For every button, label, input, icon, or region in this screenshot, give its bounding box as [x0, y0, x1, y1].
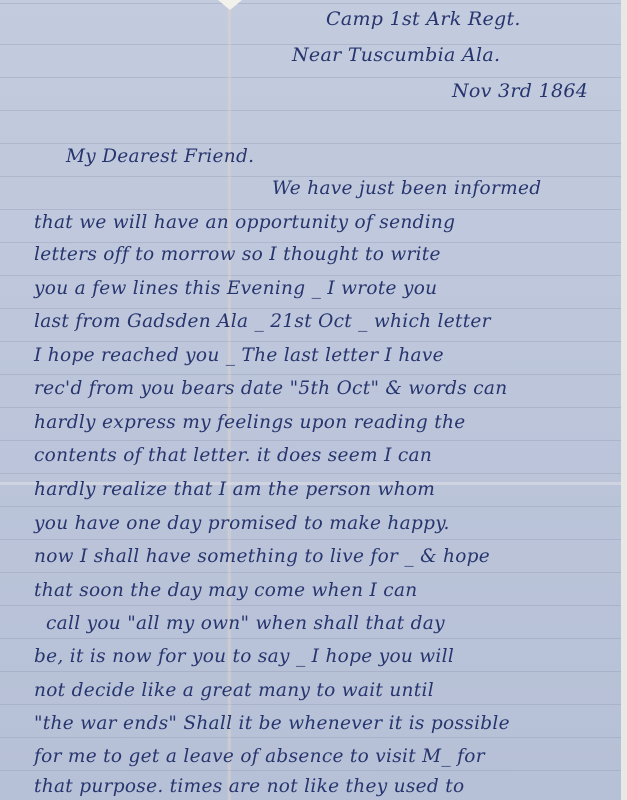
body-line: call you "all my own" when shall that da… [46, 613, 445, 634]
body-line: rec'd from you bears date "5th Oct" & wo… [34, 378, 507, 399]
heading-location: Near Tuscumbia Ala. [292, 44, 500, 66]
body-line: you have one day promised to make happy. [34, 513, 450, 534]
body-line: you a few lines this Evening _ I wrote y… [34, 278, 437, 299]
body-line: hardly express my feelings upon reading … [34, 412, 465, 433]
letter-page: Camp 1st Ark Regt. Near Tuscumbia Ala. N… [0, 0, 627, 800]
body-line: that we will have an opportunity of send… [34, 212, 455, 233]
body-line: for me to get a leave of absence to visi… [34, 746, 485, 767]
torn-notch [218, 0, 242, 10]
salutation: My Dearest Friend. [66, 146, 254, 167]
body-line: "the war ends" Shall it be whenever it i… [34, 713, 510, 734]
body-line: We have just been informed [272, 178, 541, 199]
body-line: not decide like a great many to wait unt… [34, 680, 434, 701]
body-line: now I shall have something to live for _… [34, 546, 490, 567]
body-line: letters off to morrow so I thought to wr… [34, 244, 441, 265]
body-line: last from Gadsden Ala _ 21st Oct _ which… [34, 311, 491, 332]
heading-camp: Camp 1st Ark Regt. [326, 8, 521, 30]
body-line: be, it is now for you to say _ I hope yo… [34, 646, 454, 667]
body-line: that soon the day may come when I can [34, 580, 418, 601]
heading-date: Nov 3rd 1864 [452, 80, 588, 102]
body-line: that purpose. times are not like they us… [34, 776, 464, 797]
paper-edge [621, 0, 627, 800]
body-line: contents of that letter. it does seem I … [34, 445, 432, 466]
body-line: I hope reached you _ The last letter I h… [34, 345, 444, 366]
body-line: hardly realize that I am the person whom [34, 479, 435, 500]
